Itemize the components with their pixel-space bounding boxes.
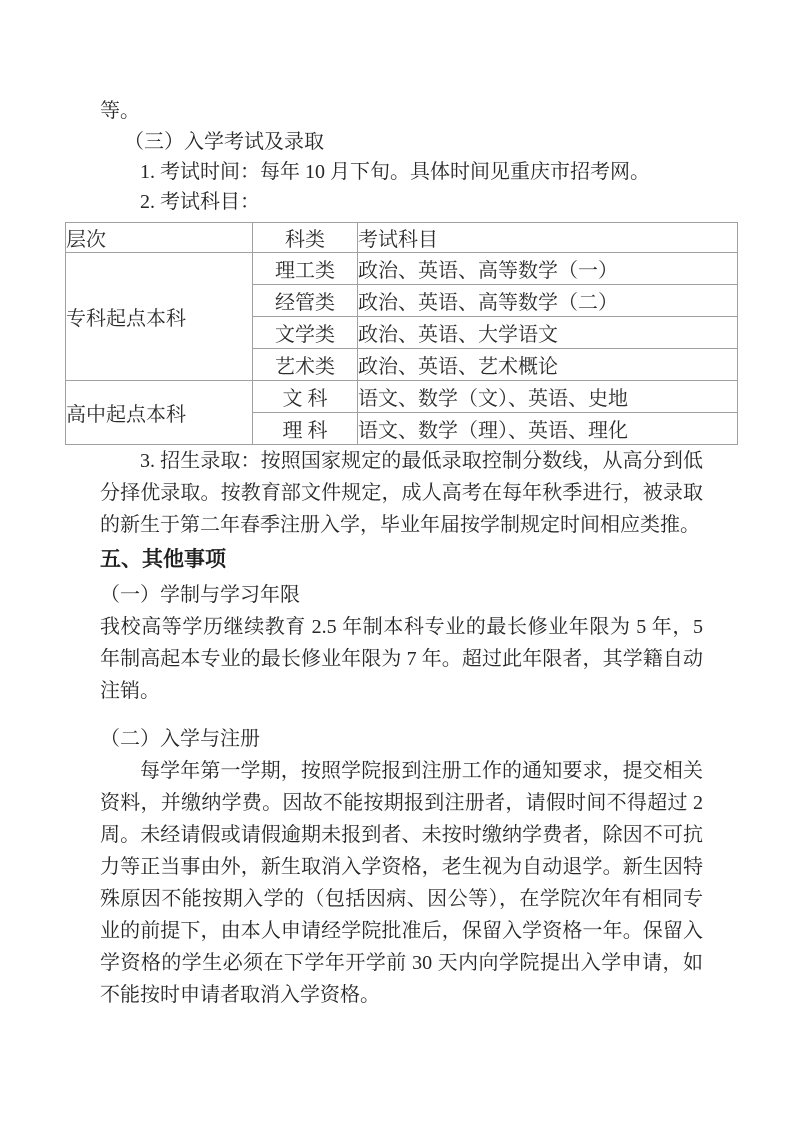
subjects-cell: 政治、英语、高等数学（一）: [358, 253, 738, 285]
admission-policy-paragraph: 3. 招生录取：按照国家规定的最低录取控制分数线，从高分到低分择优录取。按教育部…: [100, 445, 703, 541]
category-cell: 文学类: [253, 317, 358, 349]
subjects-cell: 语文、数学（文）、英语、史地: [358, 381, 738, 413]
section-exam-and-admission: （三）入学考试及录取 1. 考试时间：每年 10 月下旬。具体时间见重庆市招考网…: [100, 127, 703, 217]
table-row: 专科起点本科 理工类 政治、英语、高等数学（一）: [66, 253, 738, 285]
category-cell: 文 科: [253, 381, 358, 413]
category-cell: 经管类: [253, 285, 358, 317]
sub2-heading-registration: （二）入学与注册: [100, 723, 703, 755]
subjects-cell: 政治、英语、高等数学（二）: [358, 285, 738, 317]
table-row: 高中起点本科 文 科 语文、数学（文）、英语、史地: [66, 381, 738, 413]
table-header-row: 层次 科类 考试科目: [66, 223, 738, 253]
paragraph-continuation: 等。: [100, 95, 703, 127]
section5-heading: 五、其他事项: [100, 543, 703, 575]
col-header-level: 层次: [66, 223, 253, 253]
exam-time-item: 1. 考试时间：每年 10 月下旬。具体时间见重庆市招考网。: [100, 157, 703, 187]
category-cell: 理工类: [253, 253, 358, 285]
col-header-category: 科类: [253, 223, 358, 253]
subjects-cell: 语文、数学（理）、英语、理化: [358, 413, 738, 445]
study-years-paragraph: 我校高等学历继续教育 2.5 年制本科专业的最长修业年限为 5 年，5 年制高起…: [100, 611, 703, 707]
col-header-subjects: 考试科目: [358, 223, 738, 253]
subjects-cell: 政治、英语、大学语文: [358, 317, 738, 349]
exam-subjects-label: 2. 考试科目：: [100, 187, 703, 217]
category-cell: 理 科: [253, 413, 358, 445]
section-heading-exam-admission: （三）入学考试及录取: [100, 127, 703, 157]
exam-subjects-table: 层次 科类 考试科目 专科起点本科 理工类 政治、英语、高等数学（一） 经管类 …: [65, 222, 738, 445]
level-cell-gaozhong: 高中起点本科: [66, 381, 253, 445]
registration-paragraph: 每学年第一学期，按照学院报到注册工作的通知要求，提交相关资料，并缴纳学费。因故不…: [100, 755, 703, 1011]
subjects-cell: 政治、英语、艺术概论: [358, 349, 738, 381]
level-cell-zhuanke: 专科起点本科: [66, 253, 253, 381]
document-page: 等。 （三）入学考试及录取 1. 考试时间：每年 10 月下旬。具体时间见重庆市…: [0, 0, 794, 1122]
sub1-heading-study-years: （一）学制与学习年限: [100, 579, 703, 611]
category-cell: 艺术类: [253, 349, 358, 381]
